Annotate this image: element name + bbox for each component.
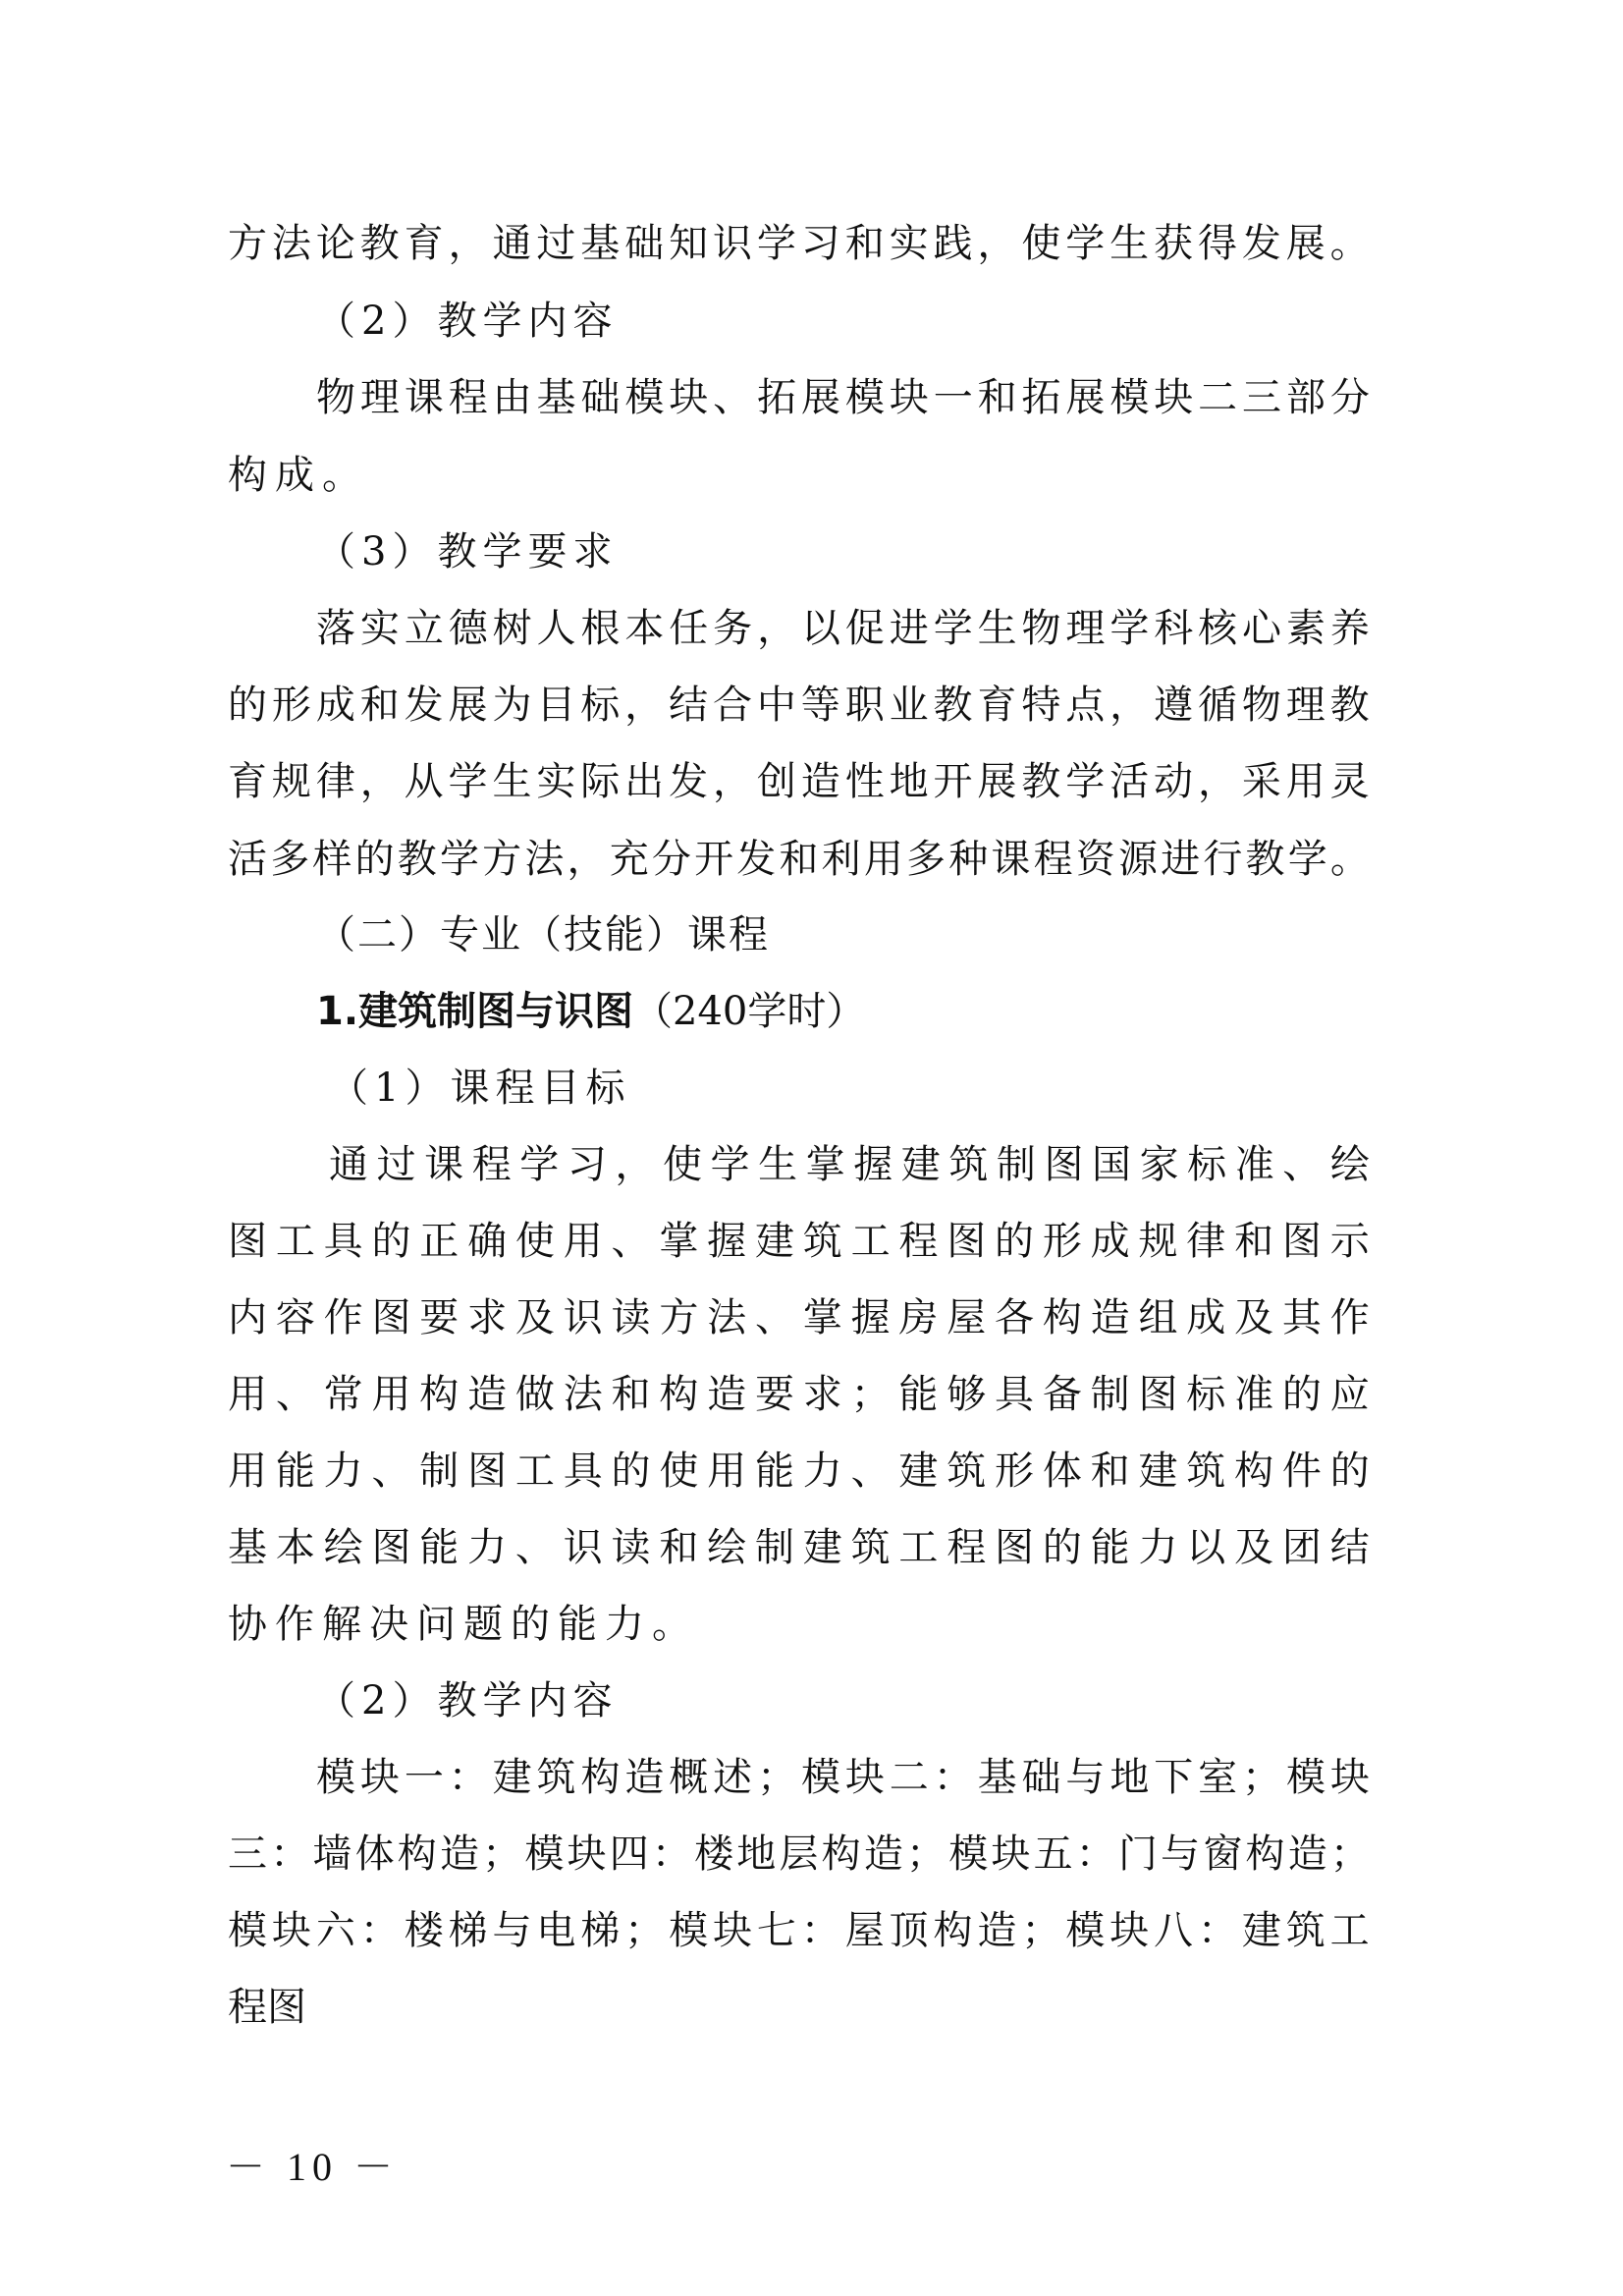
paragraph-line: 模块六：楼梯与电梯；模块七：屋顶构造；模块八：建筑工: [228, 1892, 1370, 1969]
paragraph-line: 三：墙体构造；模块四：楼地层构造；模块五：门与窗构造；: [228, 1816, 1370, 1892]
paragraph-line: 方法论教育，通过基础知识学习和实践，使学生获得发展。: [228, 205, 1370, 282]
subheading-course-objectives: （1）课程目标: [329, 1050, 1370, 1126]
section-heading-professional-courses: （二）专业（技能）课程: [316, 897, 1370, 973]
paragraph-line: 通过课程学习，使学生掌握建筑制图国家标准、绘: [329, 1126, 1370, 1203]
paragraph-line: 的形成和发展为目标，结合中等职业教育特点，遵循物理教: [228, 667, 1370, 743]
subheading-teaching-content: （2）教学内容: [316, 283, 1370, 359]
paragraph-line: 模块一：建筑构造概述；模块二：基础与地下室；模块: [316, 1739, 1370, 1816]
course-heading: 1.建筑制图与识图（240学时）: [316, 973, 1370, 1050]
course-title: 1.建筑制图与识图: [316, 989, 633, 1034]
paragraph-line: 构成。: [228, 437, 1370, 514]
paragraph-line: 物理课程由基础模块、拓展模块一和拓展模块二三部分: [316, 359, 1370, 436]
paragraph-line: 用能力、制图工具的使用能力、建筑形体和建筑构件的: [228, 1433, 1370, 1509]
paragraph-line: 育规律，从学生实际出发，创造性地开展教学活动，采用灵: [228, 743, 1370, 820]
paragraph-line: 用、常用构造做法和构造要求；能够具备制图标准的应: [228, 1356, 1370, 1433]
paragraph-line: 落实立德树人根本任务，以促进学生物理学科核心素养: [316, 590, 1370, 667]
subheading-teaching-requirements: （3）教学要求: [316, 514, 1370, 590]
course-hours: （240学时）: [633, 989, 865, 1034]
page-number: － 10 －: [226, 2136, 399, 2192]
document-page: 方法论教育，通过基础知识学习和实践，使学生获得发展。 （2）教学内容 物理课程由…: [0, 0, 1623, 2296]
paragraph-line: 程图: [228, 1969, 1370, 2046]
paragraph-line: 协作解决问题的能力。: [228, 1586, 1370, 1663]
paragraph-line: 图工具的正确使用、掌握建筑工程图的形成规律和图示: [228, 1203, 1370, 1280]
subheading-teaching-content: （2）教学内容: [316, 1663, 1370, 1739]
paragraph-line: 活多样的教学方法，充分开发和利用多种课程资源进行教学。: [228, 821, 1370, 898]
paragraph-line: 基本绘图能力、识读和绘制建筑工程图的能力以及团结: [228, 1509, 1370, 1586]
paragraph-line: 内容作图要求及识读方法、掌握房屋各构造组成及其作: [228, 1280, 1370, 1356]
